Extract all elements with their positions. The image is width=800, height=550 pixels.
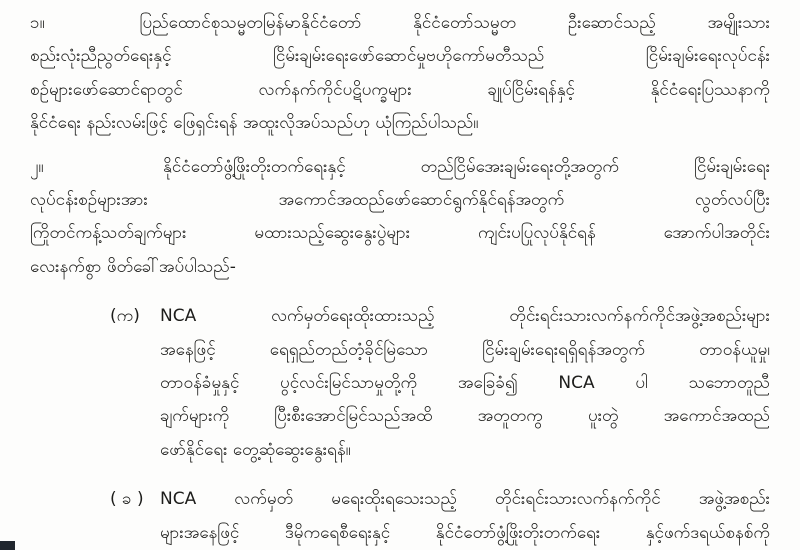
paragraph-1-text: ပြည်ထောင်စုသမ္မတမြန်မာနိုင်ငံတော် နိုင်င… bbox=[140, 13, 770, 33]
document-page: ၁။ ပြည်ထောင်စုသမ္မတမြန်မာနိုင်ငံတော် နို… bbox=[0, 0, 800, 550]
paragraph-2-number: ၂။ bbox=[30, 151, 88, 184]
paragraph-1-line-3: စဉ်များဖော်ဆောင်ရာတွင် လက်နက်ကိုင်ပဋိပက္… bbox=[30, 74, 770, 107]
paragraph-1-line-1: ၁။ ပြည်ထောင်စုသမ္မတမြန်မာနိုင်ငံတော် နို… bbox=[30, 7, 770, 40]
list-item-kha-line-2-clipped: များအနေဖြင့် ဒီမိုကရေစီရေးနှင့် နိုင်ငံတ… bbox=[160, 517, 770, 550]
paragraph-2-line-4: လေးနက်စွာ ဖိတ်ခေါ်အပ်ပါသည်- bbox=[30, 251, 770, 284]
list-item-ka-line-5: ဖော်နိုင်ရေး တွေ့ဆုံဆွေးနွေးရန်။ bbox=[160, 434, 770, 467]
list-item-ka-line-4: ချက်များကို ပြီးစီးအောင်မြင်သည်အထိ အတူတက… bbox=[160, 400, 770, 433]
list-item-ka-line-1: NCA လက်မှတ်ရေးထိုးထားသည့် တိုင်းရင်းသားလ… bbox=[160, 300, 770, 333]
list-item-kha-body: NCA လက်မှတ် မရေးထိုးရသေးသည့် တိုင်းရင်းသ… bbox=[160, 483, 770, 550]
list-item-kha-label: ( ခ ) bbox=[110, 483, 160, 516]
list-item-ka-label: (က) bbox=[110, 300, 160, 333]
list-item-kha-line-1: NCA လက်မှတ် မရေးထိုးရသေးသည့် တိုင်းရင်းသ… bbox=[160, 483, 770, 516]
paragraph-2-line-2: လုပ်ငန်းစဉ်များအား အကောင်အထည်ဖော်ဆောင်ရွ… bbox=[30, 184, 770, 217]
paragraph-1-line-2: စည်းလုံးညီညွတ်ရေးနှင့် ငြိမ်းချမ်းရေးဖော… bbox=[30, 40, 770, 73]
list-item-ka-line-3: တာဝန်ခံမှုနှင့် ပွင့်လင်းမြင်သာမှုတို့ကိ… bbox=[160, 367, 770, 400]
paragraph-2-line-1: ၂။ နိုင်ငံတော်ဖွံ့ဖြိုးတိုးတက်ရေးနှင့် တ… bbox=[30, 151, 770, 184]
list-item-kha: ( ခ ) NCA လက်မှတ် မရေးထိုးရသေးသည့် တိုင်… bbox=[30, 483, 770, 550]
paragraph-1-number: ၁။ bbox=[30, 7, 88, 40]
list-item-ka-body: NCA လက်မှတ်ရေးထိုးထားသည့် တိုင်းရင်းသားလ… bbox=[160, 300, 770, 467]
paragraph-2: ၂။ နိုင်ငံတော်ဖွံ့ဖြိုးတိုးတက်ရေးနှင့် တ… bbox=[30, 151, 770, 285]
paragraph-2-text: နိုင်ငံတော်ဖွံ့ဖြိုးတိုးတက်ရေးနှင့် တည်င… bbox=[163, 157, 770, 177]
paragraph-1-line-4: နိုင်ငံရေး နည်းလမ်းဖြင့် ဖြေရှင်းရန် အထူ… bbox=[30, 107, 770, 140]
list-item-ka-line-2: အနေဖြင့် ရေရှည်တည်တံ့ခိုင်မြဲသော ငြိမ်းခ… bbox=[160, 334, 770, 367]
paragraph-2-line-3: ကြိုတင်ကန့်သတ်ချက်များ မထားသည့်ဆွေးနွေးပ… bbox=[30, 217, 770, 250]
paragraph-1: ၁။ ပြည်ထောင်စုသမ္မတမြန်မာနိုင်ငံတော် နို… bbox=[30, 7, 770, 141]
document-body: ၁။ ပြည်ထောင်စုသမ္မတမြန်မာနိုင်ငံတော် နို… bbox=[30, 7, 770, 550]
list-item-ka: (က) NCA လက်မှတ်ရေးထိုးထားသည့် တိုင်းရင်း… bbox=[30, 300, 770, 467]
page-corner-mark bbox=[0, 541, 15, 550]
